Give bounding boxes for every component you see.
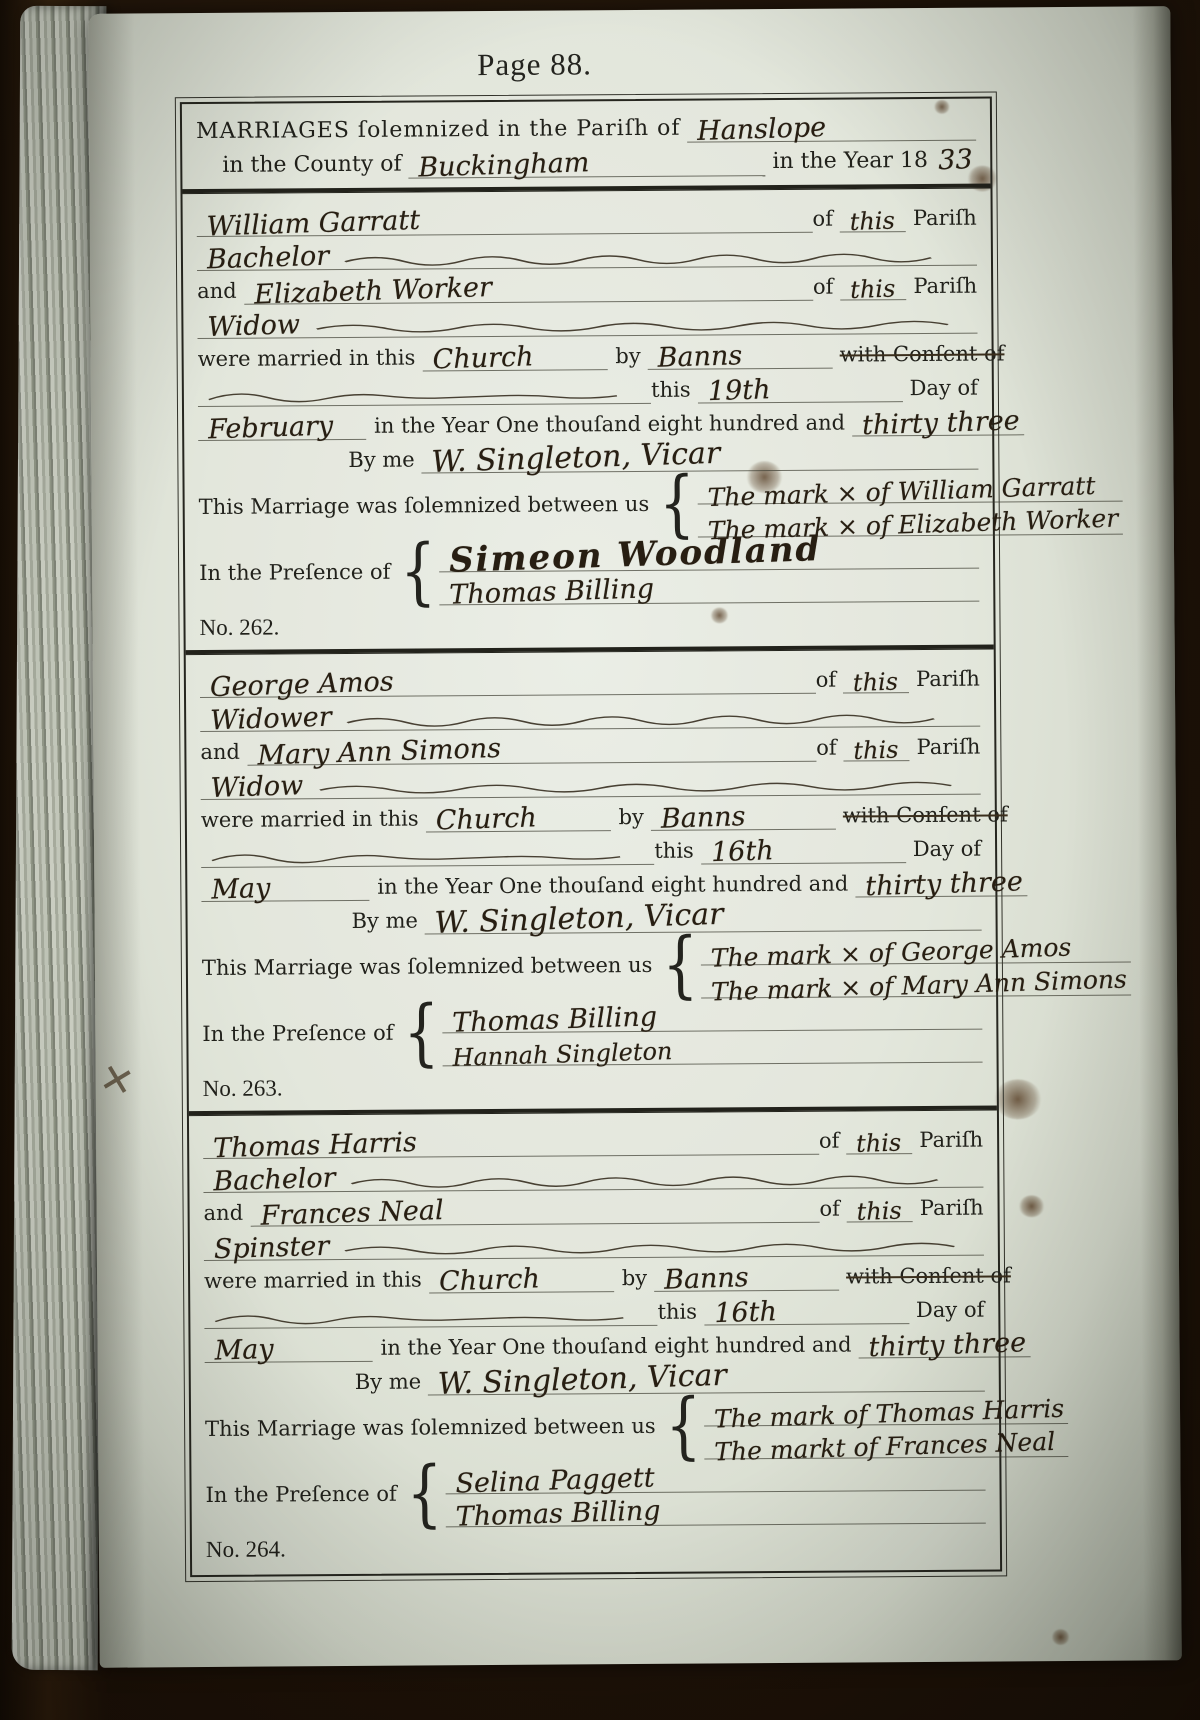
parish-label: Pariſh [912,1128,983,1154]
month-year-row: May in the Year One thouſand eight hundr… [204,1324,984,1363]
this-rule: this [847,1199,913,1222]
bride-mark-rule: The mark × of Mary Ann Simons [701,972,1131,999]
county-rule: Buckingham [409,150,766,178]
parish-label: Pariſh [906,274,977,300]
month-rule: February [198,414,366,441]
witness2-signature: Thomas Billing [445,1497,665,1532]
by-me-label: By me [351,908,424,935]
year-digits: 33 [927,146,976,176]
by-label: by [607,344,647,370]
officiant-rule: W. Singleton, Vicar [422,441,979,474]
marriage-register-form: MARRIAGES ſolemnized in the Pariſh of Ha… [175,91,1007,1582]
groom-name: George Amos [200,668,399,702]
header-prefix: MARRIAGES ſolemnized in the Pariſh of [196,116,688,146]
witness2-signature: Thomas Billing [439,575,659,610]
groom-rule: William Garratt [197,207,813,237]
witness1-signature: Selina Paggett [445,1464,659,1499]
this-label: this [657,1300,704,1326]
section-divider [182,184,990,195]
day-value: 16th [700,837,777,867]
witness2-rule: Thomas Billing [439,576,979,606]
bride-mark: The mark × of Mary Ann Simons [701,966,1131,1005]
day-value: 16th [704,1298,781,1328]
bride-mark-rule: The markt of Frances Neal [704,1433,1068,1460]
section-divider [189,1105,997,1116]
groom-row: George Amos of this Pariſh [200,659,980,698]
parish-name: Hanslope [687,114,831,146]
parish-label: Pariſh [913,1196,984,1222]
by-method: Banns [654,1264,753,1295]
this-rule: this [844,738,910,761]
curly-brace: { [397,541,439,603]
married-prefix: were married in this [198,345,423,373]
year-words: thirty three [855,868,1027,901]
pen-flourish [315,778,973,797]
witness1-rule: Selina Paggett [445,1465,985,1495]
pen-flourish [209,848,646,865]
married-row: were married in this Church by Banns wit… [198,334,978,373]
photograph-of-register: ✕ Page 88. MARRIAGES ſolemnized in the P… [0,0,1200,1720]
by-label: by [614,1266,654,1292]
married-prefix: were married in this [201,806,426,834]
form-header-line2: in the County of Buckingham in the Year … [196,141,976,180]
this-rule: this [843,670,909,693]
banns-rule: Banns [648,343,833,370]
marriage-entry-262: William Garratt of this Pariſh Bachelor … [197,198,980,641]
groom-rule: Thomas Harris [203,1129,819,1159]
pen-flourish [344,710,973,728]
ink-stain [1052,1629,1070,1645]
bride-condition: Widow [197,311,304,342]
year-words-rule: thirty three [858,1331,1030,1358]
consent-label: with Conſent of [833,341,1005,368]
marks-stack: The mark × of George Amos The mark × of … [701,930,1131,999]
presence-label: In the Preſence of [205,1482,403,1509]
bride-rule: Frances Neal [250,1197,819,1227]
pen-flourish [341,249,969,267]
marks-stack: The mark of Thomas Harris The markt of F… [704,1391,1069,1460]
married-row: were married in this Church by Banns wit… [201,795,981,834]
bride-rule: Elizabeth Worker [244,275,813,305]
day-rule: 16th [701,837,906,864]
marks-row: This Marriage was ſolemnized between us … [205,1392,985,1463]
witness1-rule: Simeon Woodland [439,536,979,573]
of-label: of [813,275,841,301]
church-rule: Church [425,805,610,832]
year-words-rule: thirty three [852,409,1024,436]
month-value: May [201,875,275,905]
consent-label: with Conſent of [839,1263,1011,1290]
day-rule: 16th [704,1298,909,1325]
officiant-rule: W. Singleton, Vicar [428,1363,985,1396]
by-method: Banns [650,803,749,834]
witness2-rule: Hannah Singleton [442,1040,982,1067]
groom-mark-rule: The mark × of William Garratt [698,478,1123,505]
by-me-label: By me [348,447,421,474]
presence-label: In the Preſence of [202,1021,400,1048]
county-name: Buckingham [408,149,594,183]
curly-brace: { [662,1396,704,1458]
marriage-entry-264: Thomas Harris of this Pariſh Bachelor an… [203,1120,986,1563]
year-words-rule: thirty three [855,870,1027,897]
witness2-rule: Thomas Billing [445,1498,985,1528]
pen-flourish [341,1239,976,1257]
presence-label: In the Preſence of [199,560,397,587]
and-label: and [200,740,247,766]
pen-flourish [206,387,643,404]
witness1-signature: Thomas Billing [442,1003,662,1038]
of-label: of [819,1129,847,1155]
by-label: by [610,805,650,831]
blank-rule [198,387,651,407]
and-label: and [197,279,244,305]
of-this: this [843,669,903,696]
blank-rule [201,848,654,868]
condition-rule: Widow [201,769,981,800]
witness-stack: Thomas Billing Hannah Singleton [442,997,983,1067]
groom-row: Thomas Harris of this Pariſh [203,1120,983,1159]
county-prefix: in the County of [222,152,408,180]
this-rule: this [846,1131,912,1154]
officiant-rule: W. Singleton, Vicar [425,902,982,935]
officiant-row: By me W. Singleton, Vicar [205,1358,985,1397]
year-line-label: in the Year One thouſand eight hundred a… [366,410,852,439]
of-this: this [843,737,903,764]
banns-rule: Banns [651,804,836,831]
groom-name: Thomas Harris [203,1129,422,1164]
day-row: this 16th Day of [204,1290,984,1329]
pen-flourish [348,1171,976,1189]
day-of-label: Day of [902,376,977,403]
officiant-row: By me W. Singleton, Vicar [201,897,981,936]
married-in: Church [428,1265,544,1297]
pen-flourish [212,1309,649,1326]
marks-row: This Marriage was ſolemnized between us … [202,931,982,1002]
of-this: this [840,276,900,303]
day-row: this 16th Day of [201,829,981,868]
bride-name: Frances Neal [250,1197,448,1231]
month-year-row: February in the Year One thouſand eight … [198,402,978,441]
month-value: February [198,412,338,444]
blank-rule [204,1309,657,1329]
entry-number: No. 263. [203,1063,983,1102]
marks-row: This Marriage was ſolemnized between us … [198,470,978,541]
bride-condition: Widow [200,772,307,803]
year-words: thirty three [858,1329,1030,1362]
groom-mark-rule: The mark × of George Amos [701,939,1131,966]
witnesses-row: In the Preſence of { Simeon Woodland Tho… [199,536,979,607]
witness-stack: Simeon Woodland Thomas Billing [439,536,980,606]
groom-row: William Garratt of this Pariſh [197,198,977,237]
solemnized-label: This Marriage was ſolemnized between us [199,492,657,521]
curly-brace: { [404,1463,446,1525]
condition-rule: Widow [197,308,977,339]
year-line-label: in the Year One thouſand eight hundred a… [372,1332,858,1361]
month-rule: May [201,875,369,902]
year-prefix: in the Year 18 [765,148,928,176]
day-value: 19th [697,376,774,406]
condition-rule: Widower [200,701,980,732]
pen-flourish [312,317,970,336]
marks-stack: The mark × of William Garratt The mark ×… [698,469,1123,538]
groom-condition: Bachelor [203,1164,340,1196]
this-label: this [654,839,701,865]
section-divider [186,644,994,655]
condition-rule: Spinster [204,1230,984,1261]
married-in: Church [422,343,538,375]
day-of-label: Day of [906,837,981,864]
register-page: Page 88. MARRIAGES ſolemnized in the Par… [88,6,1182,1668]
church-rule: Church [429,1266,614,1293]
witness1-rule: Thomas Billing [442,1004,982,1034]
bride-condition: Spinster [203,1233,333,1265]
marriage-entry-263: George Amos of this Pariſh Widower and M… [200,659,983,1102]
month-rule: May [204,1336,372,1363]
this-label: this [651,378,698,404]
witness-stack: Selina Paggett Thomas Billing [445,1458,986,1528]
curly-brace: { [400,1002,442,1064]
month-value: May [204,1336,278,1366]
of-this: this [846,1198,906,1225]
witnesses-row: In the Preſence of { Selina Paggett Thom… [205,1458,985,1529]
condition-rule: Bachelor [203,1162,983,1193]
by-method: Banns [647,342,746,373]
parish-rule: Hanslope [687,115,976,143]
year-words: thirty three [852,407,1024,440]
solemnized-label: This Marriage was ſolemnized between us [202,953,660,982]
groom-rule: George Amos [200,668,816,698]
of-this: this [846,1130,906,1157]
married-in: Church [425,804,541,836]
of-label: of [819,1197,847,1223]
ink-stain [1019,1195,1045,1217]
groom-condition: Widower [200,703,336,735]
church-rule: Church [422,344,607,371]
bride-rule: Mary Ann Simons [247,736,816,766]
day-row: this 19th Day of [198,368,978,407]
solemnized-label: This Marriage was ſolemnized between us [205,1414,663,1443]
of-label: of [812,207,840,233]
this-rule: this [840,277,906,300]
banns-rule: Banns [654,1265,839,1292]
entry-number: No. 262. [199,602,979,641]
condition-rule: Bachelor [197,240,977,271]
day-rule: 19th [697,376,902,403]
curly-brace: { [659,935,701,997]
of-this: this [840,208,900,235]
and-label: and [204,1201,251,1227]
year-line-label: in the Year One thouſand eight hundred a… [369,871,855,900]
parish-label: Pariſh [906,206,977,232]
page-number: Page 88. [88,42,1170,86]
groom-mark-rule: The mark of Thomas Harris [704,1400,1068,1427]
groom-condition: Bachelor [197,242,334,274]
witnesses-row: In the Preſence of { Thomas Billing Hann… [202,997,982,1068]
month-year-row: May in the Year One thouſand eight hundr… [201,863,981,902]
bride-mark: The markt of Frances Neal [704,1429,1060,1466]
curly-brace: { [656,474,698,536]
of-label: of [816,736,844,762]
day-of-label: Day of [909,1298,984,1325]
groom-name: William Garratt [196,207,424,242]
married-prefix: were married in this [204,1267,429,1295]
by-me-label: By me [355,1369,428,1396]
parish-label: Pariſh [909,667,980,693]
parish-label: Pariſh [910,735,981,761]
form-header-line1: MARRIAGES ſolemnized in the Pariſh of Ha… [196,107,976,146]
of-label: of [816,668,844,694]
entry-number: No. 264. [206,1524,986,1563]
consent-label: with Conſent of [836,802,1008,829]
this-rule: this [840,209,906,232]
